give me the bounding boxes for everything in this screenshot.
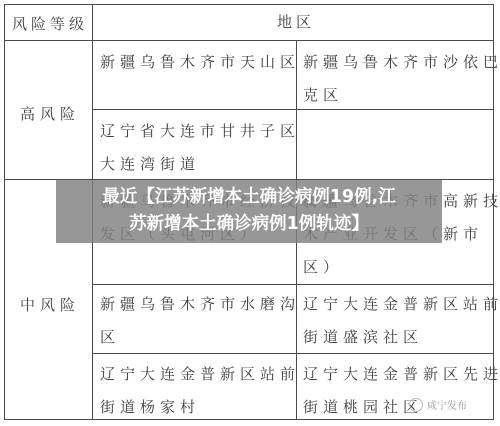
region-cell: 辽宁大连金普新区站前 <box>100 364 300 384</box>
region-cell: 新疆乌鲁木齐市天山区 <box>100 52 300 72</box>
row-divider <box>92 353 494 354</box>
region-cell: 辽宁大连金普新区站前 <box>303 294 500 314</box>
region-cell-cont: 区） <box>303 257 343 277</box>
region-cell-cont: 区 <box>100 327 120 347</box>
region-cell-cont: 街道桃园社区 <box>303 397 423 417</box>
region-cell-cont: 街道盛滨社区 <box>303 327 423 347</box>
headline-line-1: 最近【江苏新增本土确诊病例19例,江 <box>56 184 442 211</box>
headline-text: 最近【江苏新增本土确诊病例19例,江 苏新增本土确诊病例1例轨迹】 <box>56 184 442 238</box>
row-divider <box>92 109 494 110</box>
headline-line-2: 苏新增本土确诊病例1例轨迹】 <box>56 211 442 238</box>
table-border-top <box>4 4 494 5</box>
watermark: 咸宁发布 <box>409 397 467 412</box>
table-border-left <box>4 4 5 420</box>
region-cell-cont: 大连湾街道 <box>100 154 200 174</box>
header-region: 地区 <box>277 12 315 32</box>
table-border-bottom <box>4 419 494 420</box>
region-cell: 辽宁省大连市甘井子区 <box>100 121 300 141</box>
region-cell: 新疆乌鲁木齐市水磨沟 <box>100 294 300 314</box>
header-risk-level: 风险等级 <box>12 14 88 34</box>
wechat-logo-icon <box>409 398 423 412</box>
region-cell-cont: 街道杨家村 <box>100 397 200 417</box>
region-cell: 新疆乌鲁木齐市沙依巴 <box>303 52 500 72</box>
region-cell: 辽宁大连金普新区先进 <box>303 364 500 384</box>
region-cell-cont: 克区 <box>303 85 343 105</box>
row-divider <box>92 284 494 285</box>
header-divider <box>4 40 494 41</box>
risk-level-medium: 中风险 <box>20 295 80 315</box>
watermark-text: 咸宁发布 <box>427 397 467 412</box>
risk-level-high: 高风险 <box>20 104 80 124</box>
